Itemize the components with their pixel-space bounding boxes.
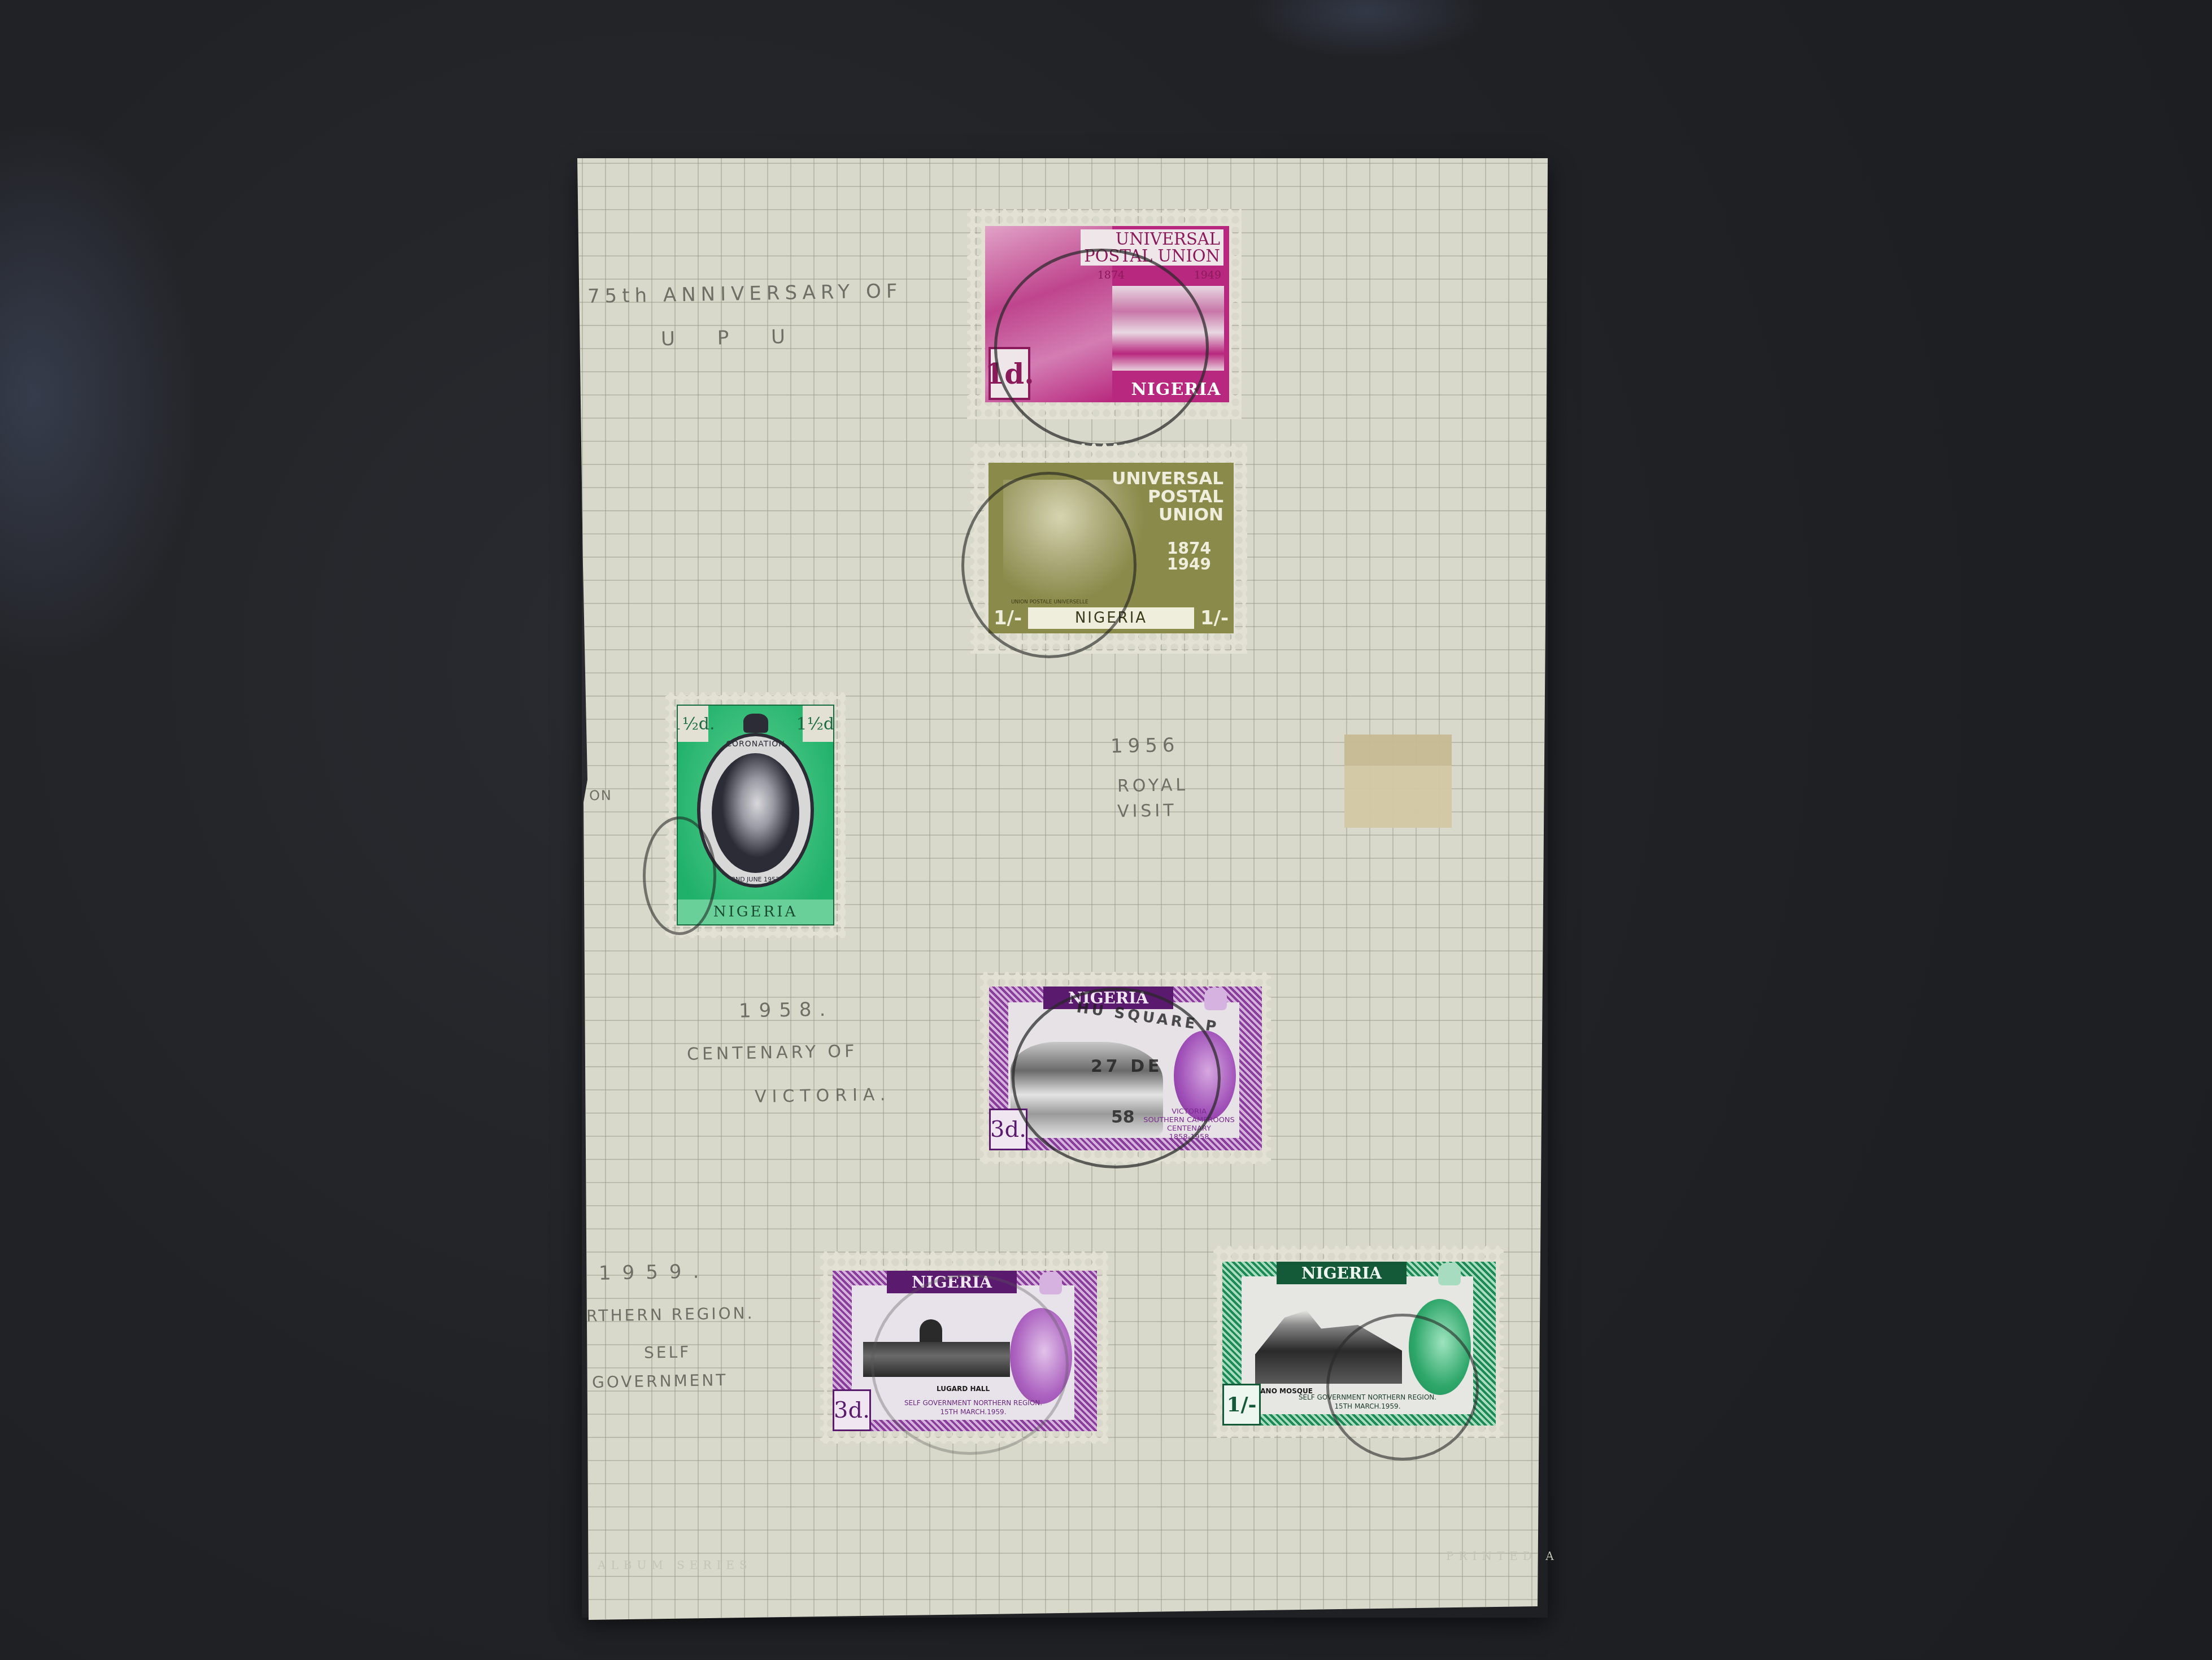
queen-portrait xyxy=(1409,1299,1471,1395)
country-name: NIGERIA xyxy=(887,1271,1017,1293)
queen-portrait xyxy=(712,753,799,873)
year-start: 1874 xyxy=(1098,269,1125,281)
stamp-value: 1/- xyxy=(1222,1384,1261,1426)
stamp-value: 1d. xyxy=(989,347,1030,400)
stamp-lugard-hall[interactable]: LUGARD HALL SELF GOVERNMENT NORTHERN REG… xyxy=(820,1251,1108,1444)
note-victoria-year: 1958. xyxy=(739,998,834,1023)
queen-portrait xyxy=(1010,1308,1072,1404)
note-royal-year: 1956 xyxy=(1111,734,1180,758)
year-end: 1949 xyxy=(1194,269,1221,281)
crown-icon xyxy=(1438,1263,1461,1285)
stamp-value-right: 1½d. xyxy=(803,706,833,742)
upu-title: UNIVERSAL POSTAL UNION xyxy=(1081,229,1223,266)
note-royal-line1: ROYAL xyxy=(1117,775,1189,796)
footer-right-print: PRINTED A xyxy=(1446,1549,1559,1563)
lugard-hall-building-artwork xyxy=(863,1342,1010,1377)
stamp-value-right: 1/- xyxy=(1198,606,1231,630)
kano-mosque-artwork xyxy=(1255,1310,1402,1384)
note-upu-line2: U P U xyxy=(661,325,804,350)
victoria-caption: VICTORIA SOUTHERN CAMEROONS CENTENARY 18… xyxy=(1133,1107,1246,1141)
crown-icon xyxy=(1204,988,1227,1010)
postmark-date: 27 DE xyxy=(1091,1057,1163,1076)
crown-icon xyxy=(743,714,768,733)
lugard-caption: SELF GOVERNMENT NORTHERN REGION. 15TH MA… xyxy=(878,1398,1069,1416)
stamp-victoria-centenary[interactable]: VICTORIA SOUTHERN CAMEROONS CENTENARY 18… xyxy=(980,972,1271,1164)
note-victoria-line2: VICTORIA. xyxy=(755,1085,891,1107)
stamp-value-left: 1/- xyxy=(991,606,1025,630)
note-northern-line1: RTHERN REGION. xyxy=(586,1303,755,1325)
note-royal-line2: VISIT xyxy=(1117,801,1177,822)
stamp-value: 3d. xyxy=(989,1109,1027,1150)
note-northern-line2: SELF xyxy=(644,1342,691,1362)
note-victoria-line1: CENTENARY OF xyxy=(687,1041,858,1064)
stamp-value-left: 1½d. xyxy=(678,706,708,742)
portrait-oval: CORONATION 2ND JUNE 1953 xyxy=(697,733,814,888)
coronation-title: CORONATION xyxy=(700,740,811,749)
stamp-upu-1s[interactable]: UNIVERSAL POSTAL UNION 1874 1949 UNION P… xyxy=(970,444,1247,654)
country-name: NIGERIA xyxy=(1277,1262,1407,1284)
upu-years: 1874 1949 xyxy=(1167,541,1211,572)
country-name: NIGERIA xyxy=(678,899,833,924)
postmark-year: 58 xyxy=(1111,1107,1135,1127)
stamp-kano-mosque[interactable]: KANO MOSQUE SELF GOVERNMENT NORTHERN REG… xyxy=(1213,1246,1504,1438)
stamp-value: 3d. xyxy=(833,1389,871,1431)
note-northern-line3: GOVERNMENT xyxy=(592,1371,728,1392)
stamp-coronation[interactable]: 1½d. 1½d. CORONATION 2ND JUNE 1953 NIGER… xyxy=(665,692,846,938)
dome-artwork xyxy=(920,1319,942,1342)
stamp-subtitle: UNION POSTALE UNIVERSELLE xyxy=(1011,599,1088,605)
crown-icon xyxy=(1039,1272,1062,1294)
country-name: NIGERIA xyxy=(1125,379,1227,400)
note-northern-year: 1959. xyxy=(599,1260,711,1284)
stamp-upu-1d[interactable]: UNIVERSAL POSTAL UNION 1874 1949 1d. NIG… xyxy=(967,209,1242,419)
coronation-date: 2ND JUNE 1953 xyxy=(700,876,811,883)
upu-title: UNIVERSAL POSTAL UNION xyxy=(1112,470,1223,524)
country-name: NIGERIA xyxy=(1028,607,1194,629)
stamp-hinge xyxy=(1344,735,1452,828)
kano-caption: SELF GOVERNMENT NORTHERN REGION. 15TH MA… xyxy=(1268,1393,1468,1411)
note-coronation-fragment: ON xyxy=(589,788,612,804)
building-name: LUGARD HALL xyxy=(937,1385,990,1393)
airplane-ship-artwork xyxy=(1112,286,1225,371)
footer-left-print: ALBUM SERIES xyxy=(598,1558,752,1572)
